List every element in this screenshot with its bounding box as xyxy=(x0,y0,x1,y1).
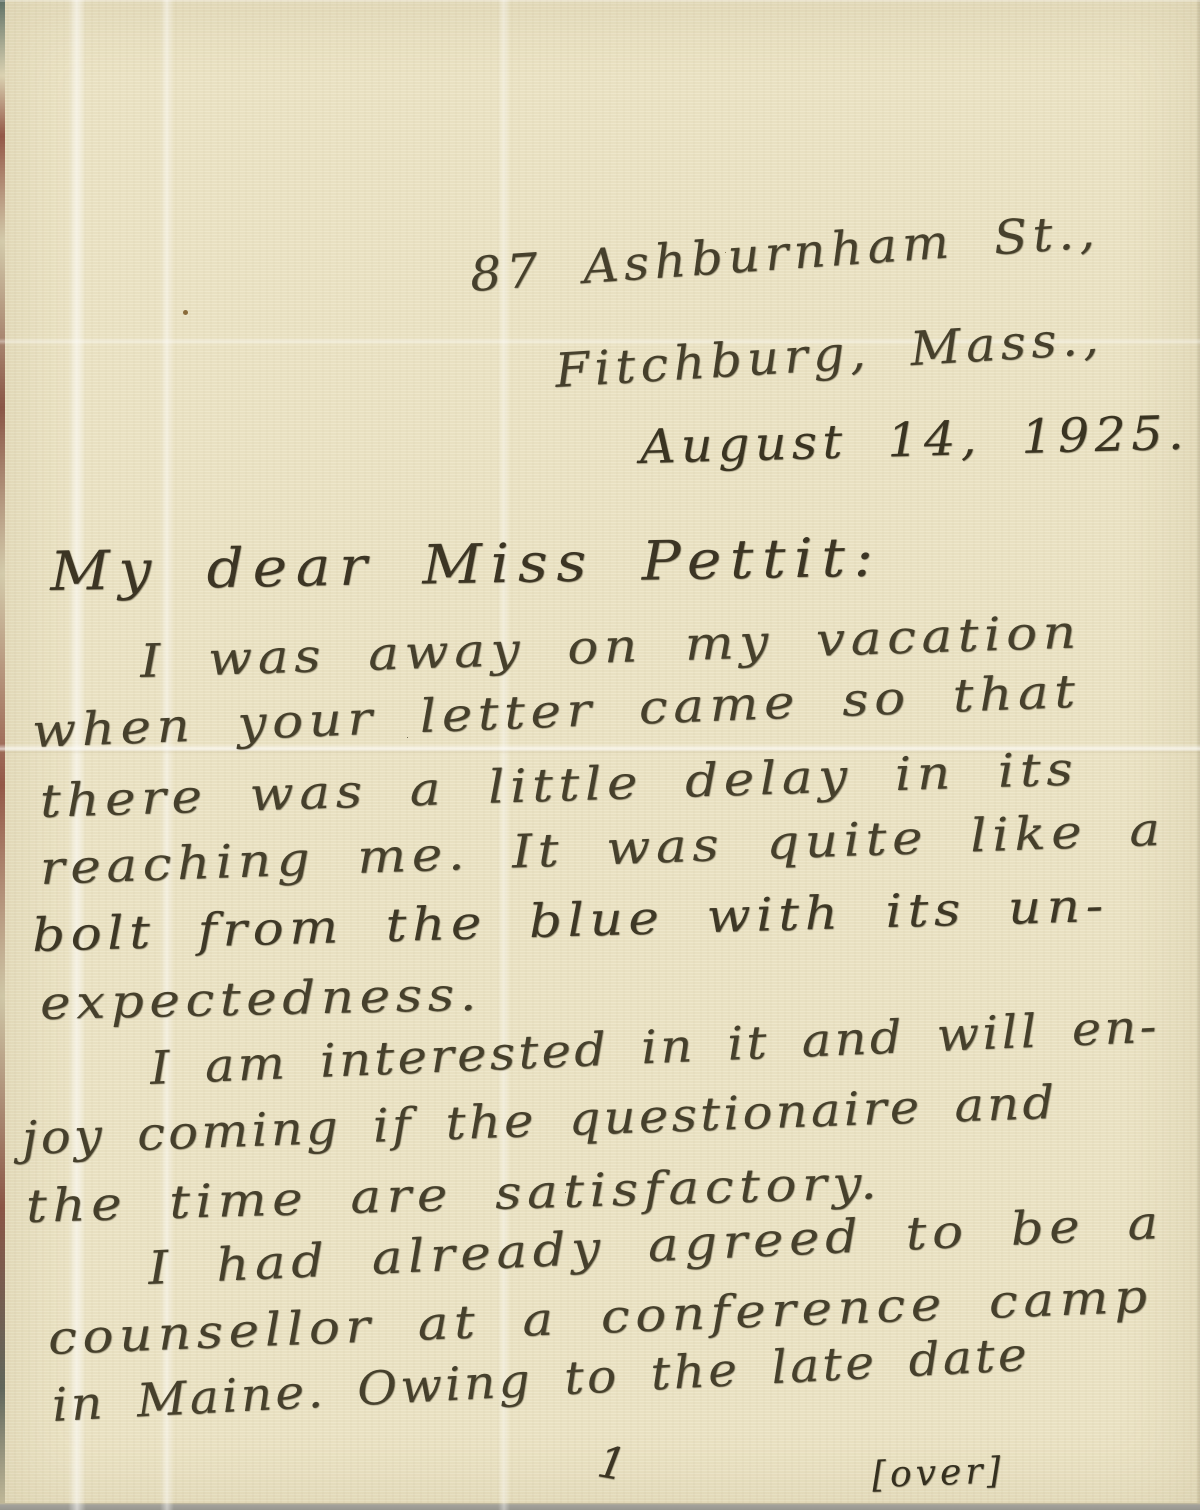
scan-edge-top xyxy=(0,0,1200,2)
body-line-6: expectedness. xyxy=(40,971,483,1026)
address-line-2: Fitchburg, Mass., xyxy=(554,315,1105,395)
address-line-1: 87 Ashburnham St., xyxy=(468,208,1101,299)
salutation: My dear Miss Pettit: xyxy=(50,530,883,599)
scanned-letter-page: 87 Ashburnham St., Fitchburg, Mass., Aug… xyxy=(0,0,1200,1510)
scan-edge-bottom xyxy=(0,1503,1200,1510)
body-line-5: bolt from the blue with its un- xyxy=(31,882,1109,958)
paper-specks xyxy=(183,310,188,315)
scan-edge-right xyxy=(1196,0,1200,1510)
vertical-fold-line xyxy=(498,0,510,1510)
scan-edge-left xyxy=(0,0,5,1510)
page-number: 1 xyxy=(594,1440,634,1489)
over-annotation: [over] xyxy=(871,1453,1005,1494)
date-line: August 14, 1925. xyxy=(639,410,1189,471)
